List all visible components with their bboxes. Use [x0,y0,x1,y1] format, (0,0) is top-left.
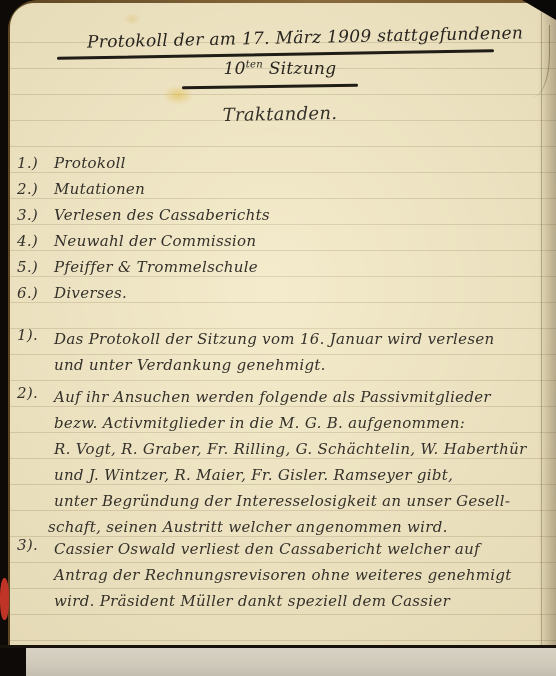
subtitle-underline [182,84,358,89]
minutes-line: Das Protokoll der Sitzung vom 16. Januar… [54,326,550,352]
agenda-item: 3.) Verlesen des Cassaberichts [10,202,546,228]
agenda-item-label: Mutationen [54,180,145,198]
minutes-line: unter Begründung der Interesselosigkeit … [54,488,550,514]
agenda-item-number: 4.) [17,228,53,254]
minutes-paragraph-1: 1). Das Protokoll der Sitzung vom 16. Ja… [10,326,550,378]
minutes-paragraph-3: 3). Cassier Oswald verliest den Cassaber… [10,536,550,614]
minutes-line: R. Vogt, R. Graber, Fr. Rilling, G. Schä… [54,436,550,462]
agenda-item-number: 5.) [17,254,53,280]
session-word: Sitzung [269,59,337,79]
page-stack-edge [0,645,556,676]
paragraph-number: 3). [17,536,53,554]
scan-corner-bottom-left [0,648,26,676]
agenda-item-label: Neuwahl der Commission [54,232,256,250]
minutes-line: Antrag der Rechnungsrevisoren ohne weite… [54,562,550,588]
session-subtitle: 10ten Sitzung [170,59,390,79]
agenda-heading: Traktanden. [140,102,420,128]
minutes-line: wird. Präsident Müller dankt speziell de… [54,588,550,614]
agenda-item-number: 3.) [17,202,53,228]
agenda-item-label: Diverses. [54,284,127,302]
minutes-line: Auf ihr Ansuchen werden folgende als Pas… [54,384,550,410]
agenda-item-label: Protokoll [54,154,126,172]
paragraph-number: 1). [17,326,53,344]
minutes-line: bezw. Activmitglieder in die M. G. B. au… [54,410,550,436]
protocol-title: Protokoll der am 17. März 1909 stattgefu… [87,23,523,52]
paragraph-number: 2). [17,384,53,402]
agenda-item: 1.) Protokoll [10,150,546,176]
notebook-page: Protokoll der am 17. März 1909 stattgefu… [10,3,556,676]
minutes-line: und unter Verdankung genehmigt. [54,352,550,378]
scan-corner-dark [522,0,556,20]
minutes-line: Cassier Oswald verliest den Cassabericht… [54,536,550,562]
session-number: 10 [224,59,246,79]
agenda-item: 6.) Diverses. [10,280,546,306]
session-ordinal-suffix: ten [246,59,263,70]
agenda-item-number: 1.) [17,150,53,176]
page-edge-line [541,0,542,648]
agenda-item-label: Verlesen des Cassaberichts [54,206,270,224]
agenda-item: 2.) Mutationen [10,176,546,202]
red-edge-mark [0,578,9,620]
minutes-paragraph-2: 2). Auf ihr Ansuchen werden folgende als… [10,384,550,540]
agenda-item-number: 6.) [17,280,53,306]
scanned-notebook-page: Protokoll der am 17. März 1909 stattgefu… [0,0,556,676]
agenda-item: 5.) Pfeiffer & Trommelschule [10,254,546,280]
minutes-line: und J. Wintzer, R. Maier, Fr. Gisler. Ra… [54,462,550,488]
agenda-item: 4.) Neuwahl der Commission [10,228,546,254]
agenda-list: 1.) Protokoll 2.) Mutationen 3.) Verlese… [10,150,546,306]
agenda-item-number: 2.) [17,176,53,202]
agenda-item-label: Pfeiffer & Trommelschule [54,258,258,276]
